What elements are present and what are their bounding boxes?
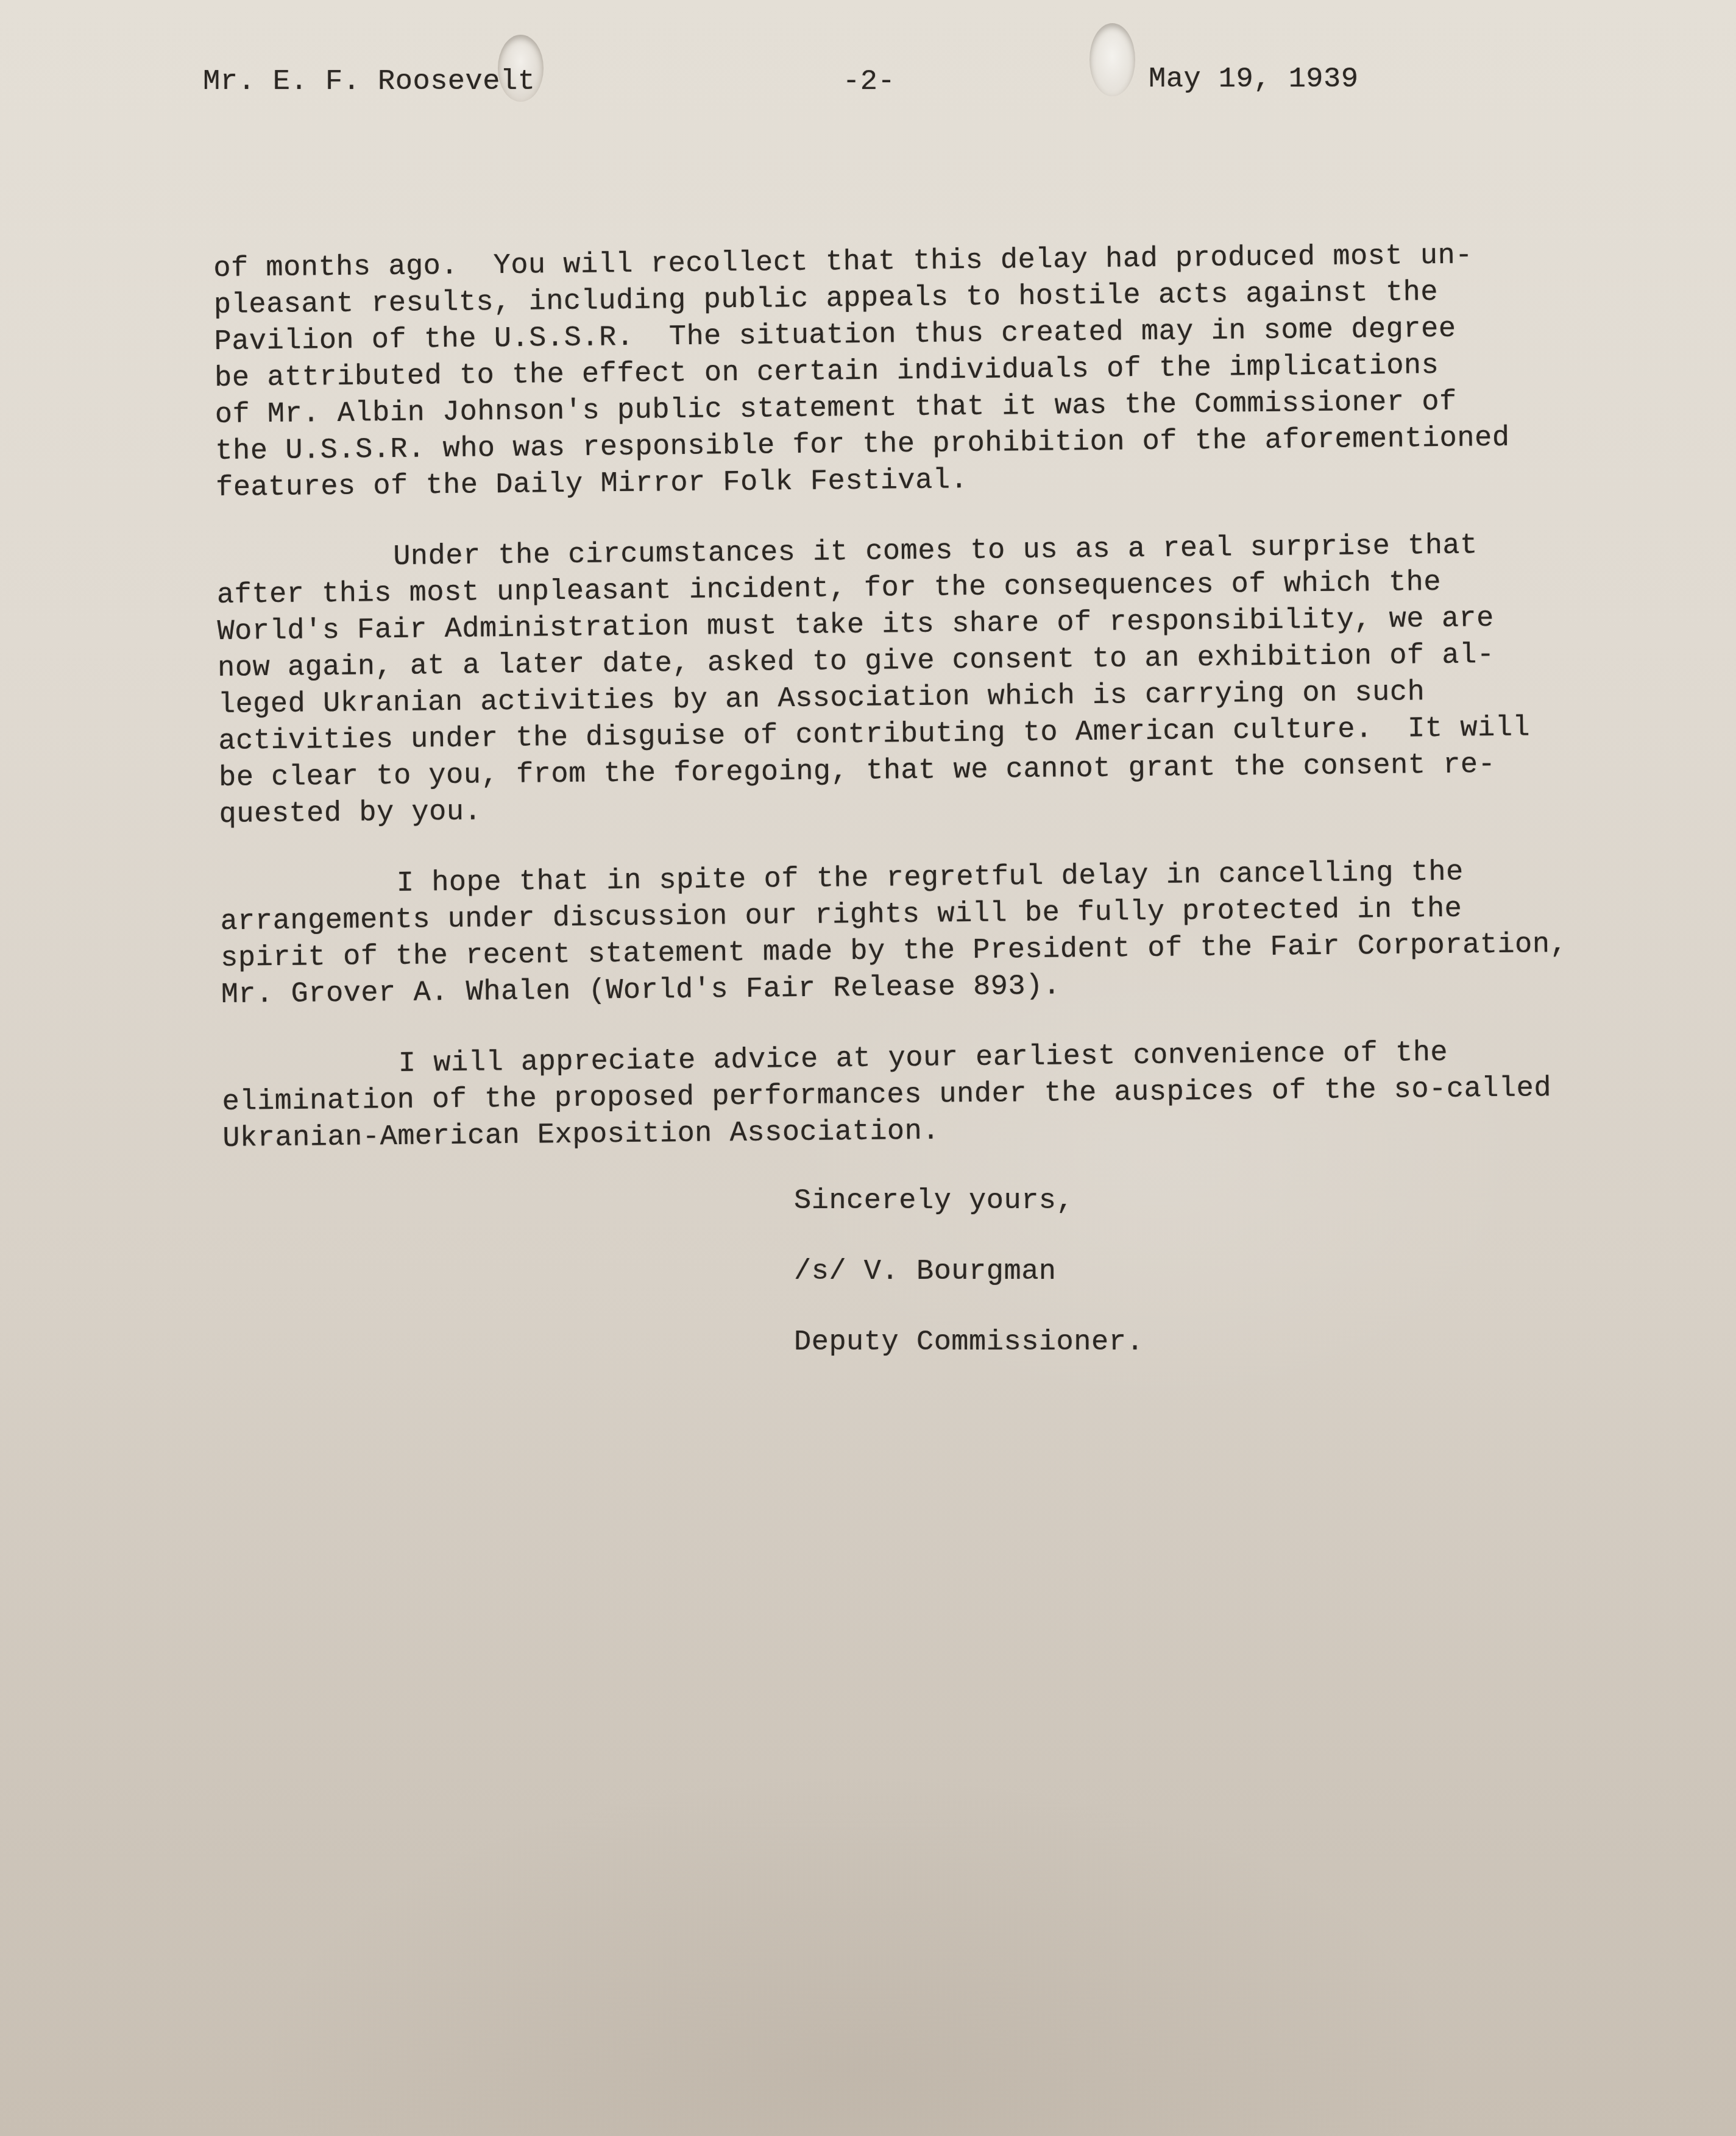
letter-date: May 19, 1939 [1149, 63, 1358, 96]
paragraph-3: I hope that in spite of the regretful de… [220, 853, 1623, 1014]
signatory-title: Deputy Commissioner. [794, 1324, 1144, 1395]
paragraph-1: of months ago. You will recollect that t… [213, 236, 1617, 507]
signature: /s/ V. Bourgman [794, 1254, 1144, 1324]
paragraph-2: Under the circumstances it comes to us a… [216, 526, 1621, 833]
letter-body: of months ago. You will recollect that t… [213, 236, 1624, 1158]
letter-header: Mr. E. F. Roosevelt -2- May 19, 1939 [0, 66, 1736, 102]
letter-closing: Sincerely yours, /s/ V. Bourgman Deputy … [794, 1183, 1144, 1395]
header-addressee: Mr. E. F. Roosevelt [203, 66, 535, 98]
closing-salutation: Sincerely yours, [794, 1183, 1144, 1254]
page-number: -2- [843, 66, 895, 98]
paragraph-4: I will appreciate advice at your earlies… [222, 1033, 1624, 1158]
